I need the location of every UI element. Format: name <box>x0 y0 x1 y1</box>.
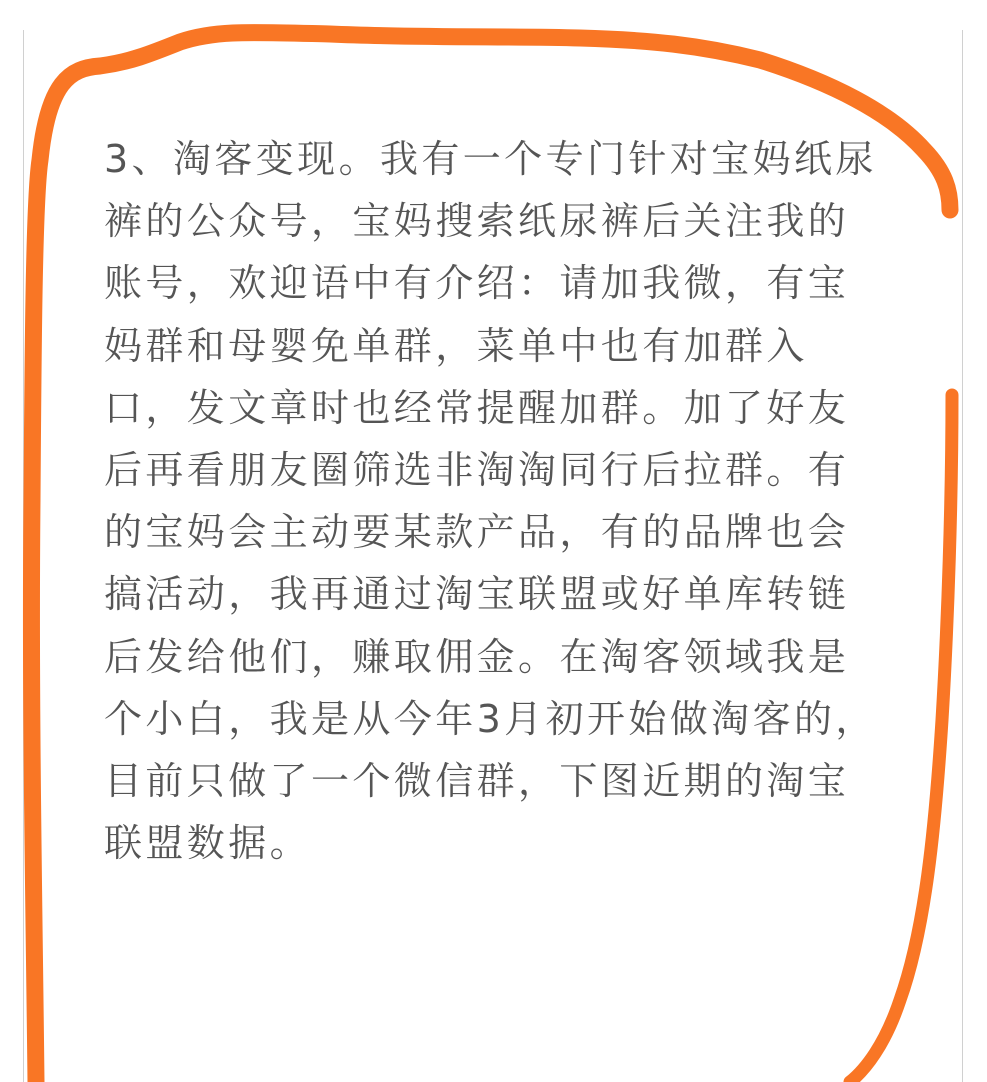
paragraph-line: 口，发文章时也经常提醒加群。加了好友 <box>104 377 884 439</box>
paragraph-line: 裤的公众号，宝妈搜索纸尿裤后关注我的 <box>104 190 884 252</box>
paragraph-line: 搞活动，我再通过淘宝联盟或好单库转链 <box>104 563 884 625</box>
paragraph-line: 账号，欢迎语中有介绍：请加我微，有宝 <box>104 252 884 314</box>
article-paragraph: 3、淘客变现。我有一个专门针对宝妈纸尿 裤的公众号，宝妈搜索纸尿裤后关注我的 账… <box>104 128 884 874</box>
paragraph-line: 的宝妈会主动要某款产品，有的品牌也会 <box>104 501 884 563</box>
paragraph-line: 目前只做了一个微信群，下图近期的淘宝 <box>104 750 884 812</box>
paragraph-line: 妈群和母婴免单群，菜单中也有加群入 <box>104 315 884 377</box>
paragraph-line: 后发给他们，赚取佣金。在淘客领域我是 <box>104 626 884 688</box>
paragraph-line: 个小白，我是从今年3月初开始做淘客的， <box>104 688 884 750</box>
paragraph-line: 3、淘客变现。我有一个专门针对宝妈纸尿 <box>104 128 884 190</box>
paragraph-line: 后再看朋友圈筛选非淘淘同行后拉群。有 <box>104 439 884 501</box>
paragraph-line: 联盟数据。 <box>104 812 884 874</box>
